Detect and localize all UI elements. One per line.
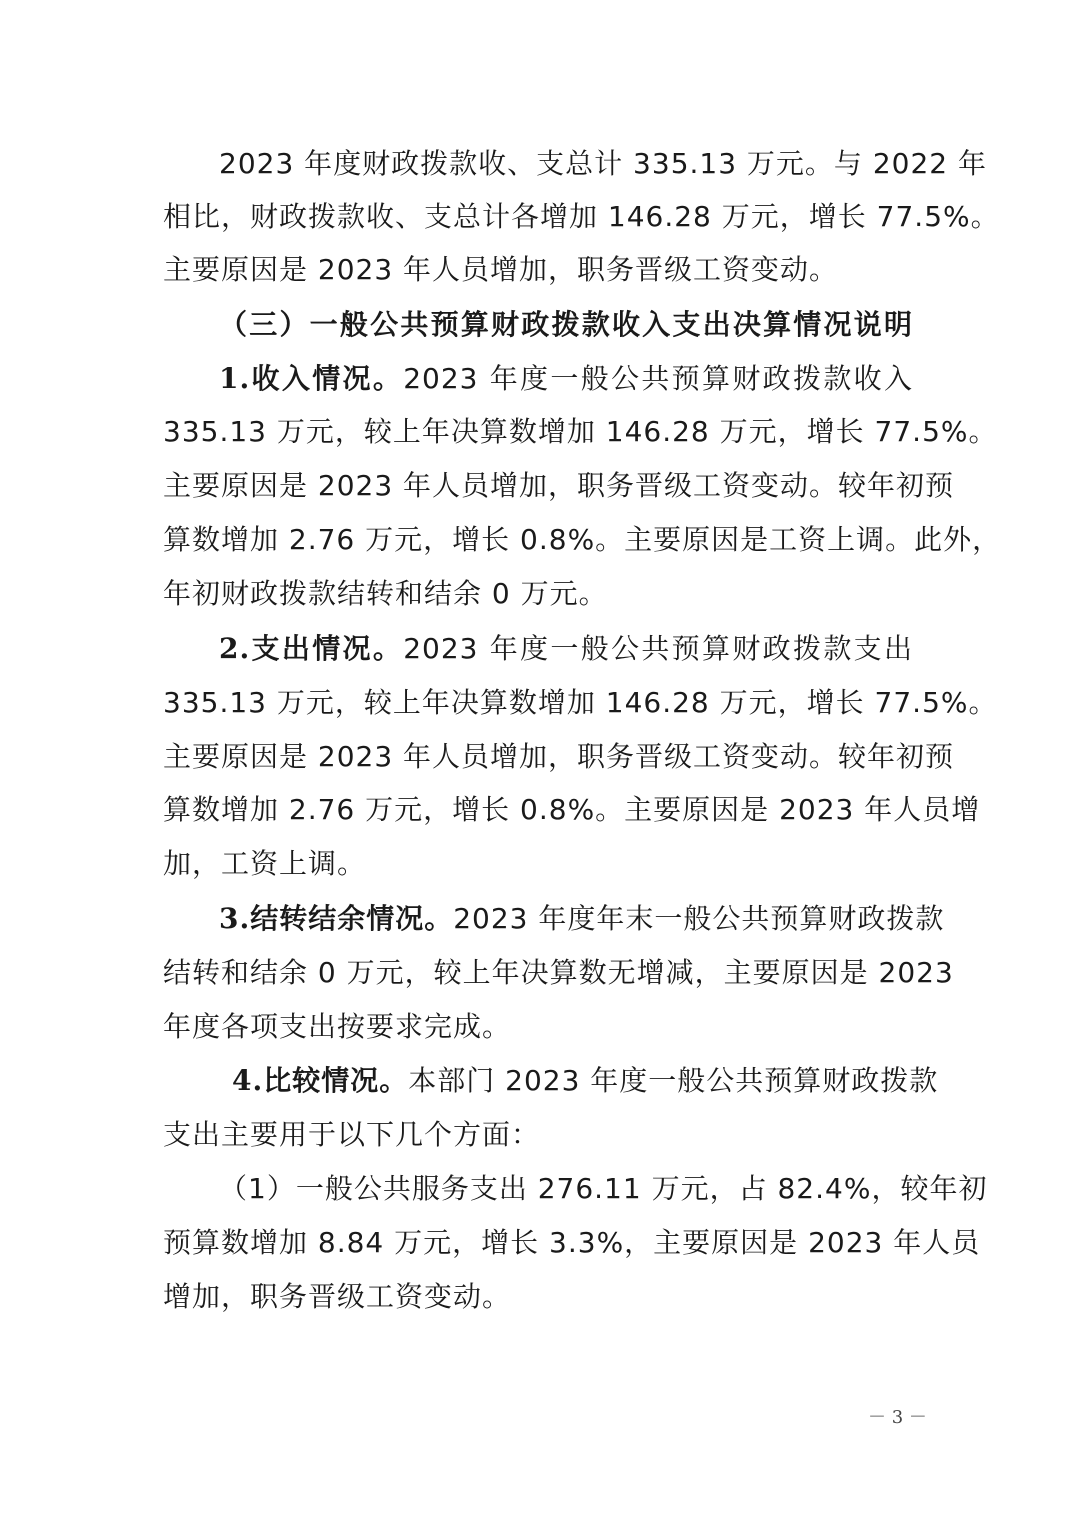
comparison-text: 本部门 2023 年度一般公共预算财政拨款 (408, 1064, 938, 1097)
paragraph-line: 主要原因是 2023 年人员增加，职务晋级工资变动。 (163, 250, 913, 290)
paragraph-line: 加，工资上调。 (163, 844, 913, 884)
income-text: 2023 年度一般公共预算财政拨款收入 (403, 362, 913, 395)
paragraph-line: 年度各项支出按要求完成。 (163, 1007, 913, 1047)
paragraph-line: 预算数增加 8.84 万元，增长 3.3%，主要原因是 2023 年人员 (163, 1223, 913, 1263)
paragraph-line: 主要原因是 2023 年人员增加，职务晋级工资变动。较年初预 (163, 737, 913, 777)
income-first-line: 1.收入情况。2023 年度一般公共预算财政拨款收入 (219, 359, 913, 399)
carryover-text: 2023 年度年末一般公共预算财政拨款 (453, 902, 944, 935)
section-heading: （三）一般公共预算财政拨款收入支出决算情况说明 (219, 305, 913, 345)
comparison-first-line: 4.比较情况。本部门 2023 年度一般公共预算财政拨款 (232, 1061, 913, 1101)
paragraph-line: 2023 年度财政拨款收、支总计 335.13 万元。与 2022 年 (219, 144, 913, 184)
paragraph-line: 算数增加 2.76 万元，增长 0.8%。主要原因是 2023 年人员增 (163, 790, 913, 830)
paragraph-line: 支出主要用于以下几个方面： (163, 1115, 913, 1155)
paragraph-line: 335.13 万元，较上年决算数增加 146.28 万元，增长 77.5%。 (163, 412, 913, 452)
paragraph-line: 相比，财政拨款收、支总计各增加 146.28 万元，增长 77.5%。 (163, 197, 913, 237)
income-title: 1.收入情况。 (219, 362, 403, 395)
document-page: 2023 年度财政拨款收、支总计 335.13 万元。与 2022 年 相比，财… (0, 0, 1075, 1520)
paragraph-line: 增加，职务晋级工资变动。 (163, 1277, 913, 1317)
carryover-first-line: 3.结转结余情况。2023 年度年末一般公共预算财政拨款 (219, 899, 913, 939)
expenditure-first-line: 2.支出情况。2023 年度一般公共预算财政拨款支出 (219, 629, 913, 669)
comparison-title: 4.比较情况。 (232, 1064, 408, 1097)
paragraph-line: 算数增加 2.76 万元，增长 0.8%。主要原因是工资上调。此外， (163, 520, 913, 560)
paragraph-line: 335.13 万元，较上年决算数增加 146.28 万元，增长 77.5%。 (163, 683, 913, 723)
paragraph-line: 年初财政拨款结转和结余 0 万元。 (163, 574, 913, 614)
paragraph-line: 主要原因是 2023 年人员增加，职务晋级工资变动。较年初预 (163, 466, 913, 506)
page-number: － 3 － (868, 1403, 927, 1429)
expenditure-text: 2023 年度一般公共预算财政拨款支出 (403, 632, 913, 665)
item1-first-line: （1）一般公共服务支出 276.11 万元，占 82.4%，较年初 (219, 1169, 913, 1209)
paragraph-line: 结转和结余 0 万元，较上年决算数无增减，主要原因是 2023 (163, 953, 913, 993)
expenditure-title: 2.支出情况。 (219, 632, 403, 665)
carryover-title: 3.结转结余情况。 (219, 902, 453, 935)
